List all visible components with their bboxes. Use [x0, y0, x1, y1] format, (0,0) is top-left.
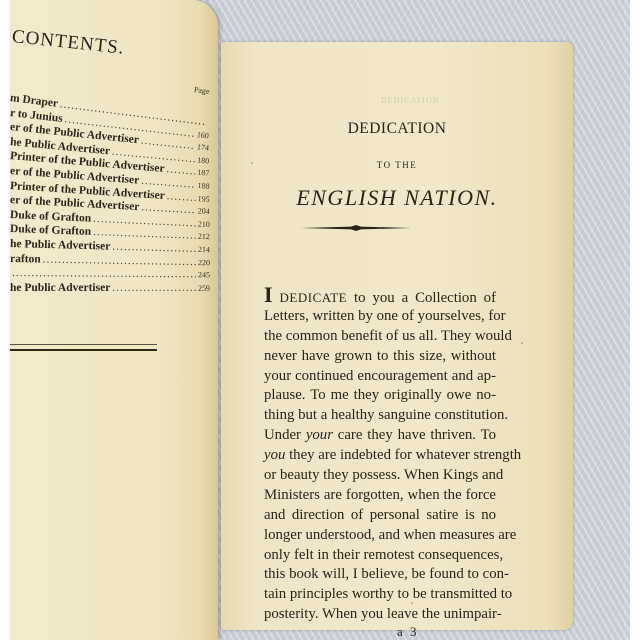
text-span: plause. To me they originally owe no-: [264, 387, 496, 403]
bleed-through-header: DEDICATION: [381, 96, 439, 105]
text-span: to you a Collection of: [347, 290, 496, 306]
text-line: never have grown to this size, without: [264, 347, 496, 367]
text-span: your continued encouragement and ap-: [264, 368, 496, 384]
text-line: tain principles worthy to be transmitted…: [264, 585, 496, 605]
toc-entry-page: 180: [197, 155, 210, 165]
toc-entry-title: he Public Advertiser: [10, 238, 110, 253]
toc-entry-page: 187: [197, 168, 210, 178]
text-line: posterity. When you leave the unimpair-: [264, 605, 496, 625]
toc-leader-dots: ....................................: [112, 241, 196, 255]
text-line: you they are indebted for whatever stren…: [264, 446, 496, 466]
small-caps-text: DEDICATE: [273, 290, 348, 305]
toc-entry-page: 214: [198, 245, 210, 254]
page-column-label: Page: [193, 85, 210, 96]
toc-entry-page: 195: [197, 194, 210, 204]
text-span: thing but a healthy sanguine constitutio…: [264, 407, 508, 423]
toc-entry-title: Duke of Grafton: [10, 209, 91, 225]
text-span: this book will, I believe, be found to c…: [264, 566, 509, 582]
text-line: Under your care they have thriven. To: [264, 426, 496, 446]
text-line: the common benefit of us all. They would: [264, 327, 496, 347]
toc-leader-dots: ........................................…: [12, 267, 196, 280]
text-line: longer understood, and when measures are: [264, 526, 496, 546]
divider-rule: [10, 344, 157, 351]
text-line: thing but a healthy sanguine constitutio…: [264, 406, 496, 426]
toc-entry-title: he Public Advertiser: [10, 282, 110, 294]
ornamental-rule-icon: [301, 224, 411, 232]
text-line: plause. To me they originally owe no-: [264, 386, 496, 406]
toc-entry-page: 204: [197, 207, 209, 217]
text-span: never have grown to this size, without: [264, 348, 496, 364]
toc-entry-page: 259: [198, 284, 210, 293]
toc-leader-dots: ....................: [141, 201, 196, 216]
toc-entry-page: 220: [198, 258, 210, 267]
text-line: this book will, I believe, be found to c…: [264, 565, 496, 585]
text-line: Ministers are forgotten, when the force: [264, 486, 496, 506]
toc-entry-title: rafton: [10, 253, 41, 266]
left-page-contents: CONTENTS. Page m Draper.................…: [10, 0, 218, 640]
toc-entry-page: 210: [198, 219, 210, 229]
signature-mark: a 3: [397, 624, 419, 640]
toc-leader-dots: ........: [166, 164, 196, 178]
text-span: or beauty they possess. When Kings and: [264, 467, 503, 483]
toc-entry-page: 245: [198, 271, 210, 280]
toc-entry-page: 174: [197, 143, 210, 153]
text-line: only felt in their remotest consequences…: [264, 546, 496, 566]
toc-entry-title: Duke of Grafton: [10, 223, 91, 238]
right-page-dedication: DEDICATION DEDICATION TO THE ENGLISH NAT…: [221, 42, 573, 630]
text-span: only felt in their remotest consequences…: [264, 547, 503, 563]
italic-text: you: [264, 447, 285, 463]
dedication-body-text: I DEDICATE to you a Collection ofLetters…: [264, 287, 496, 625]
toc-entry: he Public Advertiser....................…: [10, 282, 210, 296]
text-line: or beauty they possess. When Kings and: [264, 466, 496, 486]
dedication-title: ENGLISH NATION.: [221, 185, 573, 211]
dedication-subheading: TO THE: [221, 160, 573, 170]
text-span: they are indebted for whatever strength: [285, 447, 521, 463]
toc-leader-dots: ........................................…: [43, 253, 197, 268]
text-span: care they have thriven. To: [333, 427, 496, 443]
toc-leader-dots: ........: [166, 190, 196, 204]
text-line: I DEDICATE to you a Collection of: [264, 287, 496, 307]
text-span: longer understood, and when measures are: [264, 527, 516, 543]
toc-leader-dots: ....................................: [112, 282, 196, 294]
contents-heading: CONTENTS.: [11, 26, 126, 60]
toc-entry-page: 188: [197, 181, 210, 191]
drop-cap: I: [264, 282, 273, 307]
text-span: tain principles worthy to be transmitted…: [264, 586, 512, 602]
text-span: Under: [264, 427, 306, 443]
text-line: Letters, written by one of yourselves, f…: [264, 307, 496, 327]
text-span: and direction of personal satire is no: [264, 507, 496, 523]
dedication-heading: DEDICATION: [221, 120, 573, 138]
text-line: your continued encouragement and ap-: [264, 367, 496, 387]
text-span: the common benefit of us all. They would: [264, 328, 512, 344]
toc-entry: ........................................…: [10, 267, 210, 282]
text-line: and direction of personal satire is no: [264, 506, 496, 526]
text-span: Ministers are forgotten, when the force: [264, 487, 496, 503]
toc-entry-page: 212: [198, 232, 210, 241]
text-span: Letters, written by one of yourselves, f…: [264, 308, 506, 324]
text-span: posterity. When you leave the unimpair-: [264, 606, 502, 622]
italic-text: your: [306, 427, 333, 443]
toc-entry-page: 160: [196, 130, 209, 140]
